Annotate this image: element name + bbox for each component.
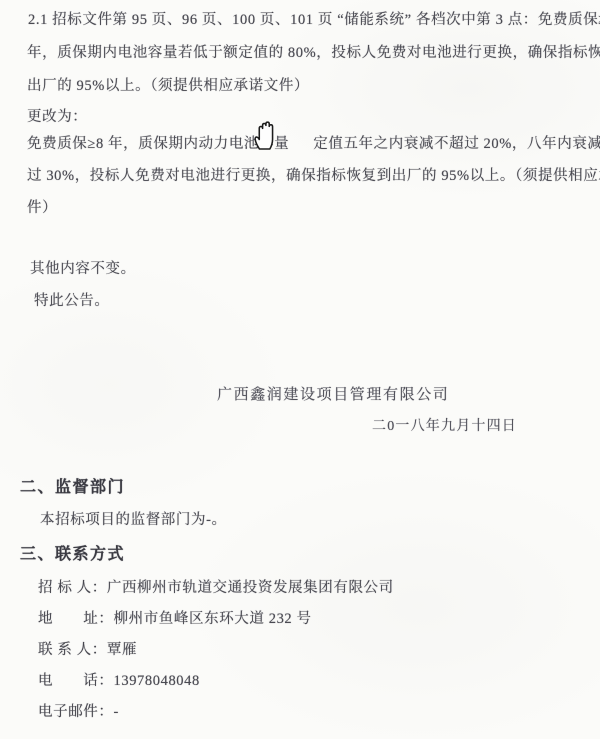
hand-cursor-icon: [252, 119, 279, 151]
phone-value: 13978048048: [114, 673, 200, 689]
amendment-revised-line-3: 件）: [27, 196, 57, 217]
contact-row-tenderer: 招 标 人：广西柳州市轨道交通投资发展集团有限公司: [38, 576, 394, 597]
email-value: -: [114, 704, 119, 720]
scanned-tender-notice-page: 2.1 招标文件第 95 页、96 页、100 页、101 页 “储能系统” 各…: [0, 0, 600, 739]
amendment-revised-line-1: 免费质保≥8 年，质保期内动力电池容量定值五年之内衰减不超过 20%，八年内衰减…: [27, 132, 600, 153]
supervision-department-body: 本招标项目的监督部门为-。: [40, 508, 227, 529]
contact-row-contact-person: 联 系 人：覃雁: [38, 638, 137, 659]
address-value: 柳州市鱼峰区东环大道 232 号: [114, 611, 312, 627]
tenderer-label: 招 标 人：: [38, 576, 107, 597]
amendment-original-line-3: 出厂的 95%以上。（须提供相应承诺文件）: [27, 74, 309, 95]
closing-other-content-unchanged: 其他内容不变。: [30, 257, 136, 278]
amendment-revised-line-2: 过 30%，投标人免费对电池进行更换，确保指标恢复到出厂的 95%以上。（须提供…: [27, 164, 600, 185]
address-label: 地 址：: [38, 607, 114, 628]
contact-row-email: 电子邮件：-: [38, 700, 119, 721]
phone-label: 电 话：: [38, 669, 114, 690]
amendment-original-line-2: 年，质保期内电池容量若低于额定值的 80%，投标人免费对电池进行更换，确保指标恢…: [27, 41, 600, 62]
signature-date: 二0一八年九月十四日: [372, 415, 517, 435]
change-to-label: 更改为：: [27, 105, 87, 126]
revised-line1-before-cursor: 免费质保≥8 年，质保期内动力电池容量: [27, 136, 289, 152]
contact-row-phone: 电 话：13978048048: [38, 669, 200, 690]
contact-row-address: 地 址：柳州市鱼峰区东环大道 232 号: [38, 607, 312, 628]
section-heading-supervision-department: 二、监督部门: [20, 474, 125, 497]
amendment-original-line-1: 2.1 招标文件第 95 页、96 页、100 页、101 页 “储能系统” 各…: [28, 8, 600, 29]
closing-hereby-announced: 特此公告。: [34, 289, 110, 310]
tenderer-value: 广西柳州市轨道交通投资发展集团有限公司: [107, 580, 394, 596]
signature-company-name: 广西鑫润建设项目管理有限公司: [217, 383, 449, 404]
contact-person-value: 覃雁: [107, 642, 137, 658]
contact-person-label: 联 系 人：: [38, 638, 107, 659]
email-label: 电子邮件：: [38, 700, 114, 721]
section-heading-contact-info: 三、联系方式: [20, 541, 125, 564]
revised-line1-after-cursor: 定值五年之内衰减不超过 20%，八年内衰减不超: [313, 136, 600, 152]
